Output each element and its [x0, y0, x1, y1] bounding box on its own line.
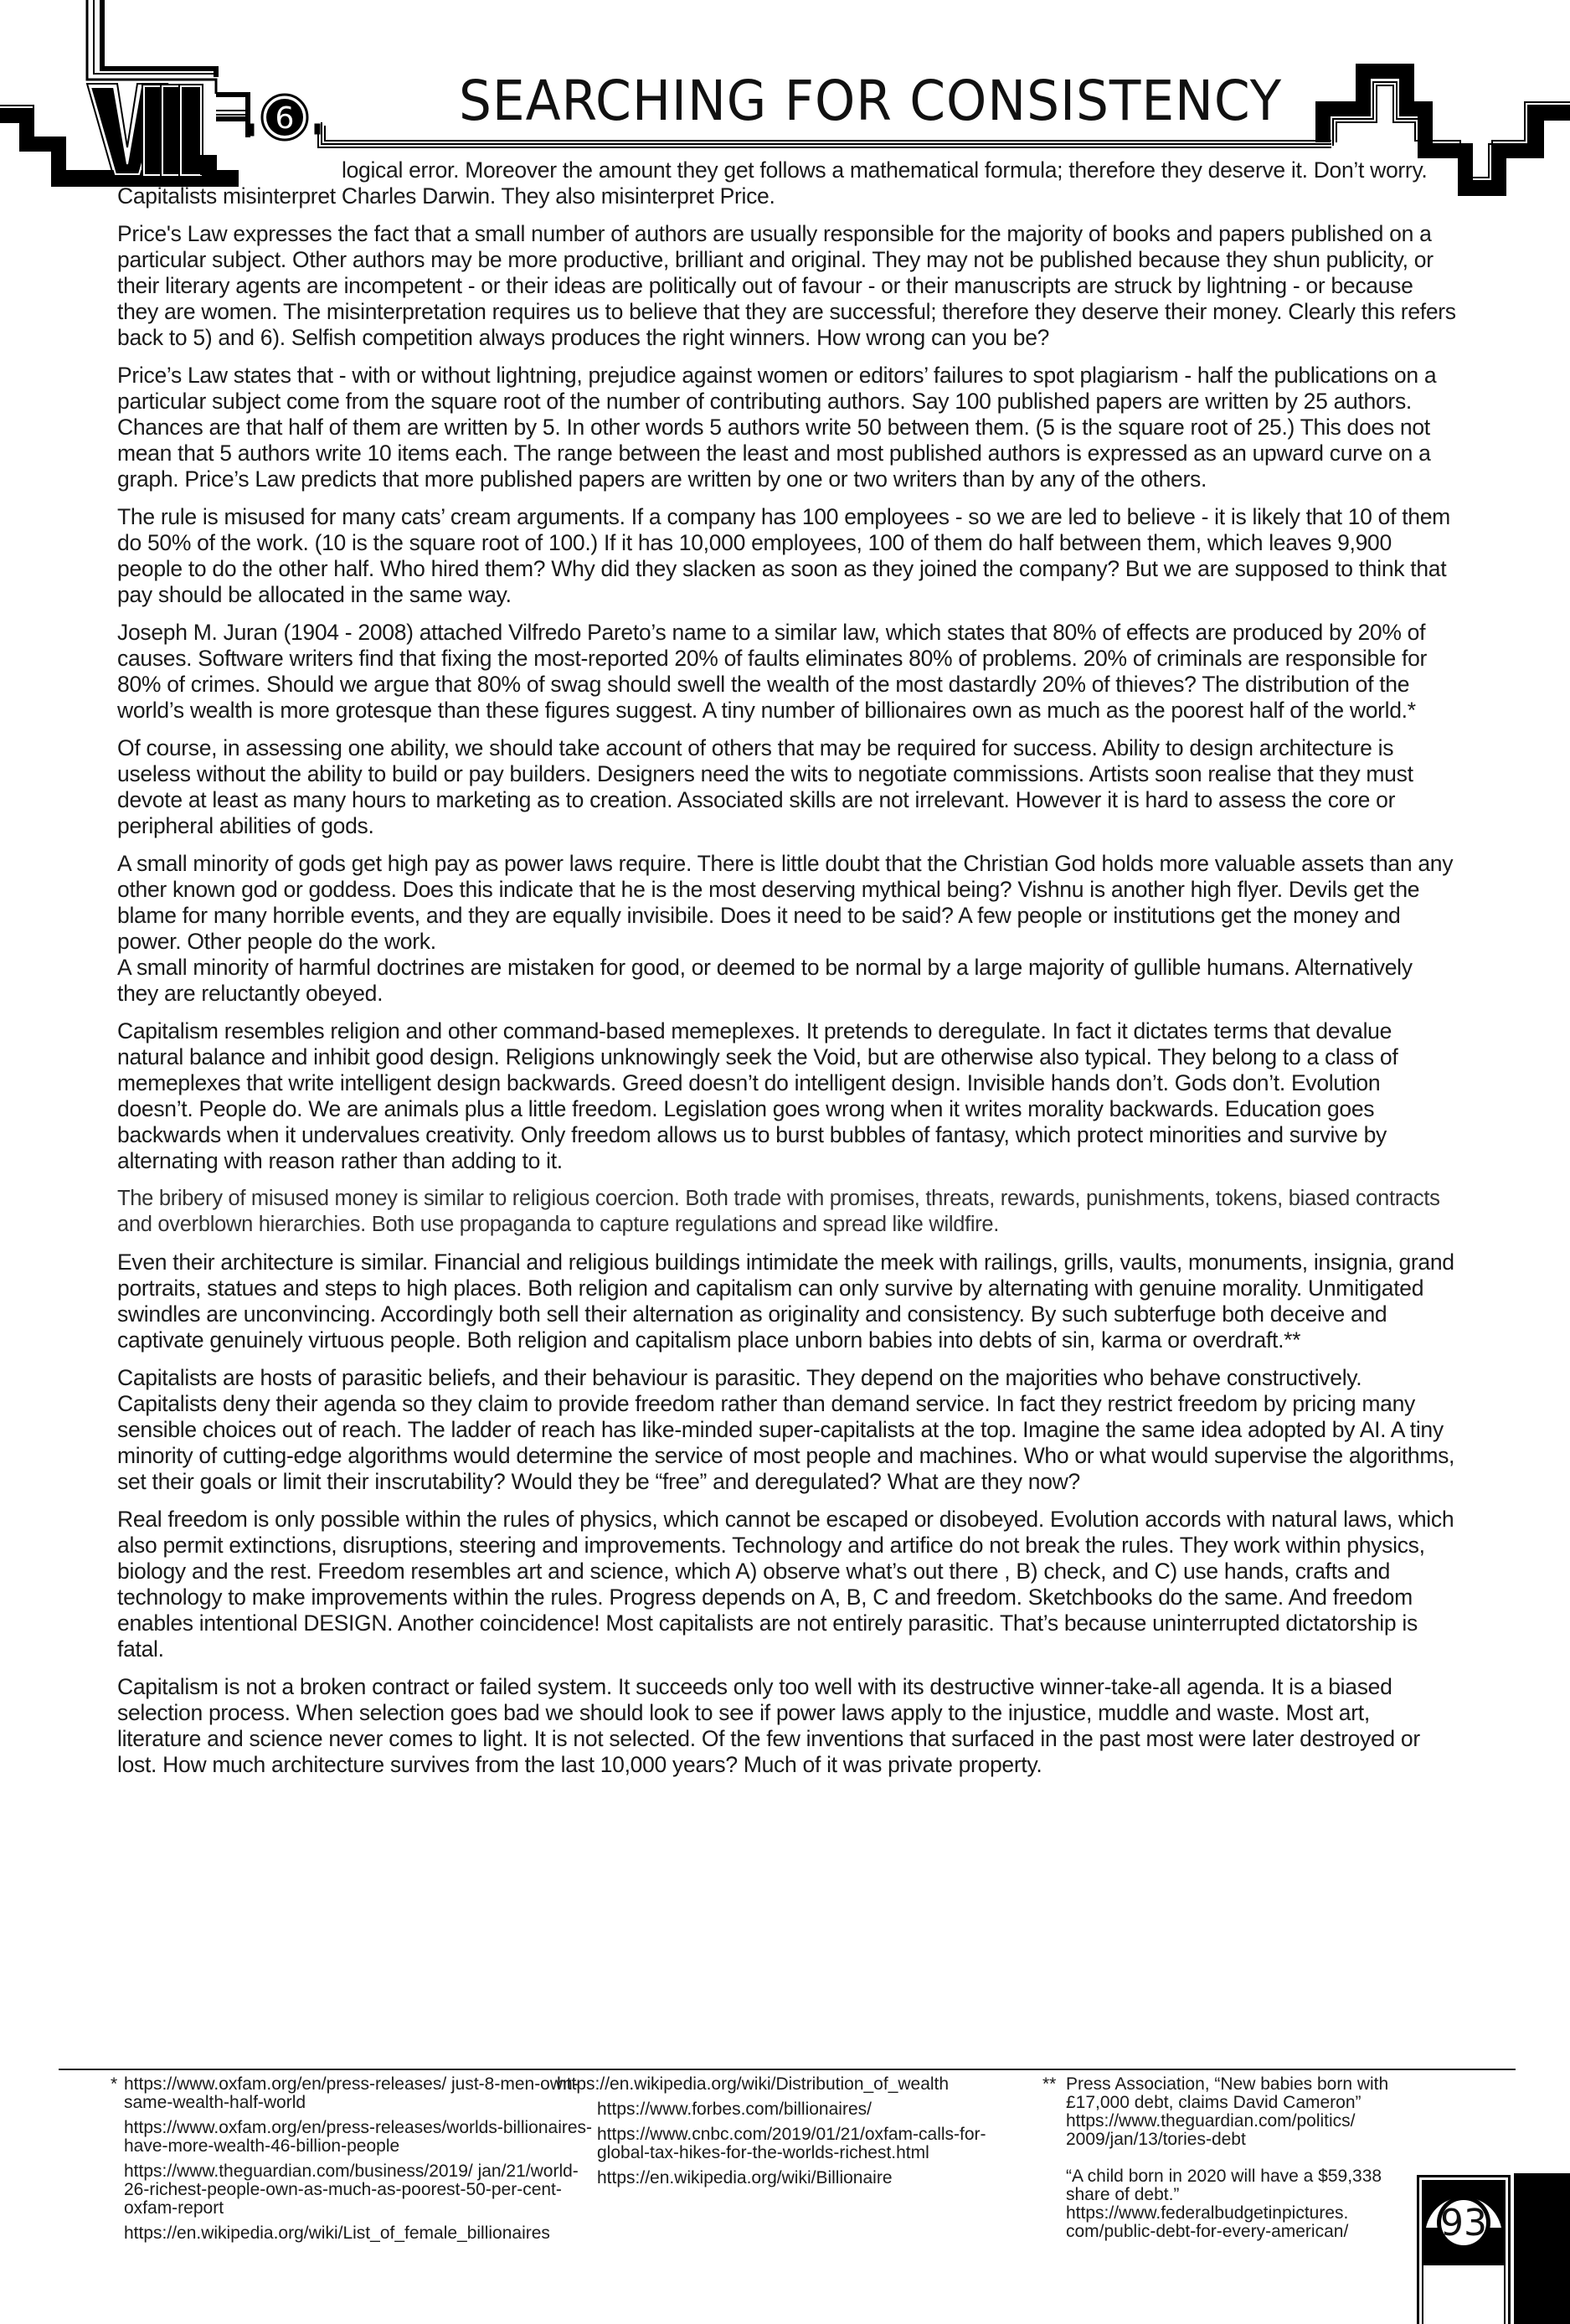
page-number: 93	[1422, 2205, 1506, 2242]
paragraph: Capitalism resembles religion and other …	[117, 1018, 1457, 1174]
footnote-link[interactable]: https://www.oxfam.org/en/press-releases/…	[124, 2075, 593, 2112]
footnote-link[interactable]: https://en.wikipedia.org/wiki/List_of_fe…	[124, 2224, 593, 2243]
footnotes-column-2: https://en.wikipedia.org/wiki/Distributi…	[557, 2075, 1034, 2194]
footnotes-column-1: * https://www.oxfam.org/en/press-release…	[124, 2075, 593, 2249]
paragraph: Price’s Law states that - with or withou…	[117, 363, 1457, 492]
paragraph: Even their architecture is similar. Fina…	[117, 1250, 1457, 1353]
footnote-link[interactable]: https://www.oxfam.org/en/press-releases/…	[124, 2119, 593, 2156]
section-number: 6	[275, 101, 295, 136]
paragraph: Of course, in assessing one ability, we …	[117, 735, 1457, 839]
footnote-divider	[59, 2069, 1516, 2070]
footnote-link[interactable]: https://www.forbes.com/billionaires/	[557, 2100, 1034, 2119]
paragraph: Capitalists are hosts of parasitic belie…	[117, 1365, 1457, 1495]
footnote-link[interactable]: https://en.wikipedia.org/wiki/Distributi…	[557, 2075, 1034, 2094]
footnote-link[interactable]: https://www.theguardian.com/business/201…	[124, 2162, 593, 2218]
paragraph: Joseph M. Juran (1904 - 2008) attached V…	[117, 620, 1457, 724]
footnote-marker: **	[1042, 2075, 1056, 2094]
paragraph: Real freedom is only possible within the…	[117, 1507, 1457, 1662]
paragraph: The bribery of misused money is similar …	[117, 1186, 1457, 1238]
footnote-link[interactable]: https://en.wikipedia.org/wiki/Billionair…	[557, 2169, 1034, 2187]
footnote-marker: *	[111, 2075, 117, 2094]
paragraph: A small minority of gods get high pay as…	[117, 851, 1457, 1007]
footnote-reference: “A child born in 2020 will have a $59,33…	[1042, 2167, 1403, 2241]
paragraph: Price's Law expresses the fact that a sm…	[117, 221, 1457, 351]
page-frame-icon	[1415, 2173, 1570, 2324]
article-body: logical error. Moreover the amount they …	[117, 157, 1457, 1790]
footnote-reference: Press Association, “New babies born with…	[1042, 2075, 1403, 2149]
page-number-ornament: 93	[1415, 2173, 1570, 2324]
footnotes-column-3: ** Press Association, “New babies born w…	[1042, 2075, 1403, 2260]
paragraph: Capitalism is not a broken contract or f…	[117, 1674, 1457, 1778]
footnote-link[interactable]: https://www.cnbc.com/2019/01/21/oxfam-ca…	[557, 2126, 1034, 2162]
paragraph: logical error. Moreover the amount they …	[117, 157, 1457, 209]
paragraph: The rule is misused for many cats’ cream…	[117, 504, 1457, 608]
page-title: SEARCHING FOR CONSISTENCY	[459, 74, 1282, 129]
